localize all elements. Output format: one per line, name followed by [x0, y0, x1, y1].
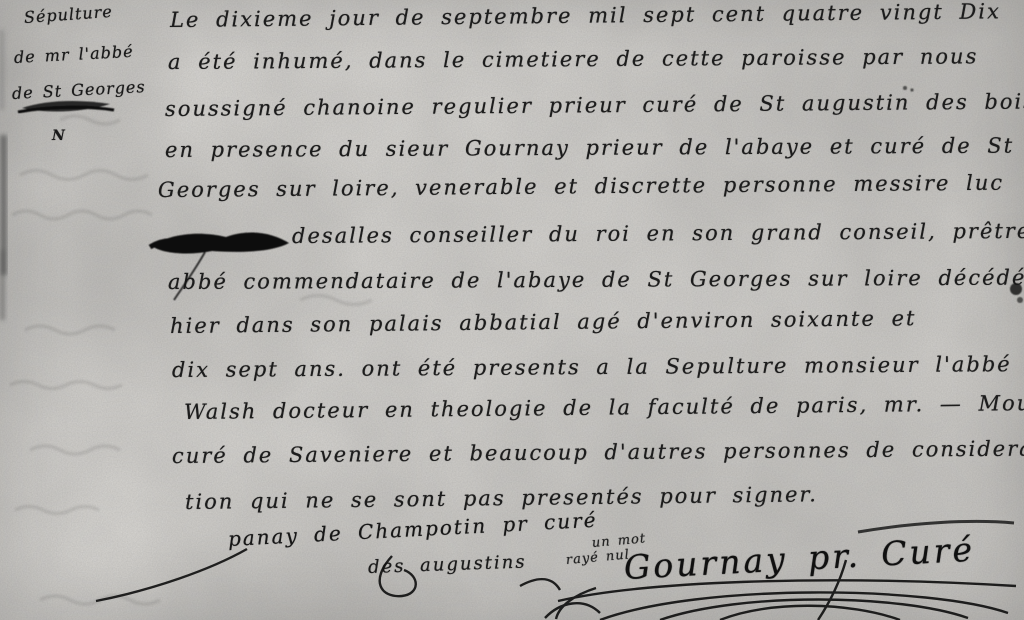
- body-line-11: curé de Saveniere et beaucoup d'autres p…: [172, 436, 1024, 468]
- body-line-9: dix sept ans. ont été presents a la Sepu…: [172, 352, 1012, 382]
- body-line-5: Georges sur loire, venerable et discrett…: [158, 171, 1004, 202]
- margin-note-de-mr-labbe: de mr l'abbé: [14, 42, 135, 67]
- handwriting-layer: Sépulture de mr l'abbé de St Georges N L…: [0, 0, 1024, 620]
- manuscript-page: Sépulture de mr l'abbé de St Georges N L…: [0, 0, 1024, 620]
- body-line-10: Walsh docteur en theologie de la faculté…: [184, 391, 1024, 424]
- cosigner-signature: panay de Champotin pr curé: [227, 508, 598, 551]
- cosigner-signature-title: des augustins: [368, 551, 527, 578]
- body-line-8: hier dans son palais abbatial agé d'envi…: [170, 306, 917, 338]
- margin-mark-n: N: [52, 128, 66, 144]
- body-line-3: soussigné chanoine regulier prieur curé …: [165, 89, 1024, 121]
- body-line-12: tion qui ne se sont pas presentés pour s…: [185, 482, 818, 514]
- body-line-1: Le dixieme jour de septembre mil sept ce…: [170, 0, 1001, 32]
- body-line-2: a été inhumé, dans le cimetiere de cette…: [168, 44, 978, 74]
- body-line-4: en presence du sieur Gournay prieur de l…: [165, 134, 1014, 162]
- body-line-7: abbé commendataire de l'abaye de St Geor…: [168, 266, 1024, 294]
- main-signature-gournay: Gournay pr. Curé: [623, 530, 976, 587]
- margin-note-de-st-georges: de St Georges: [12, 77, 147, 103]
- body-line-6: desalles conseiller du roi en son grand …: [292, 219, 1024, 248]
- correction-note-line2: rayé nul: [565, 547, 630, 568]
- margin-note-sepulture: Sépulture: [23, 2, 113, 27]
